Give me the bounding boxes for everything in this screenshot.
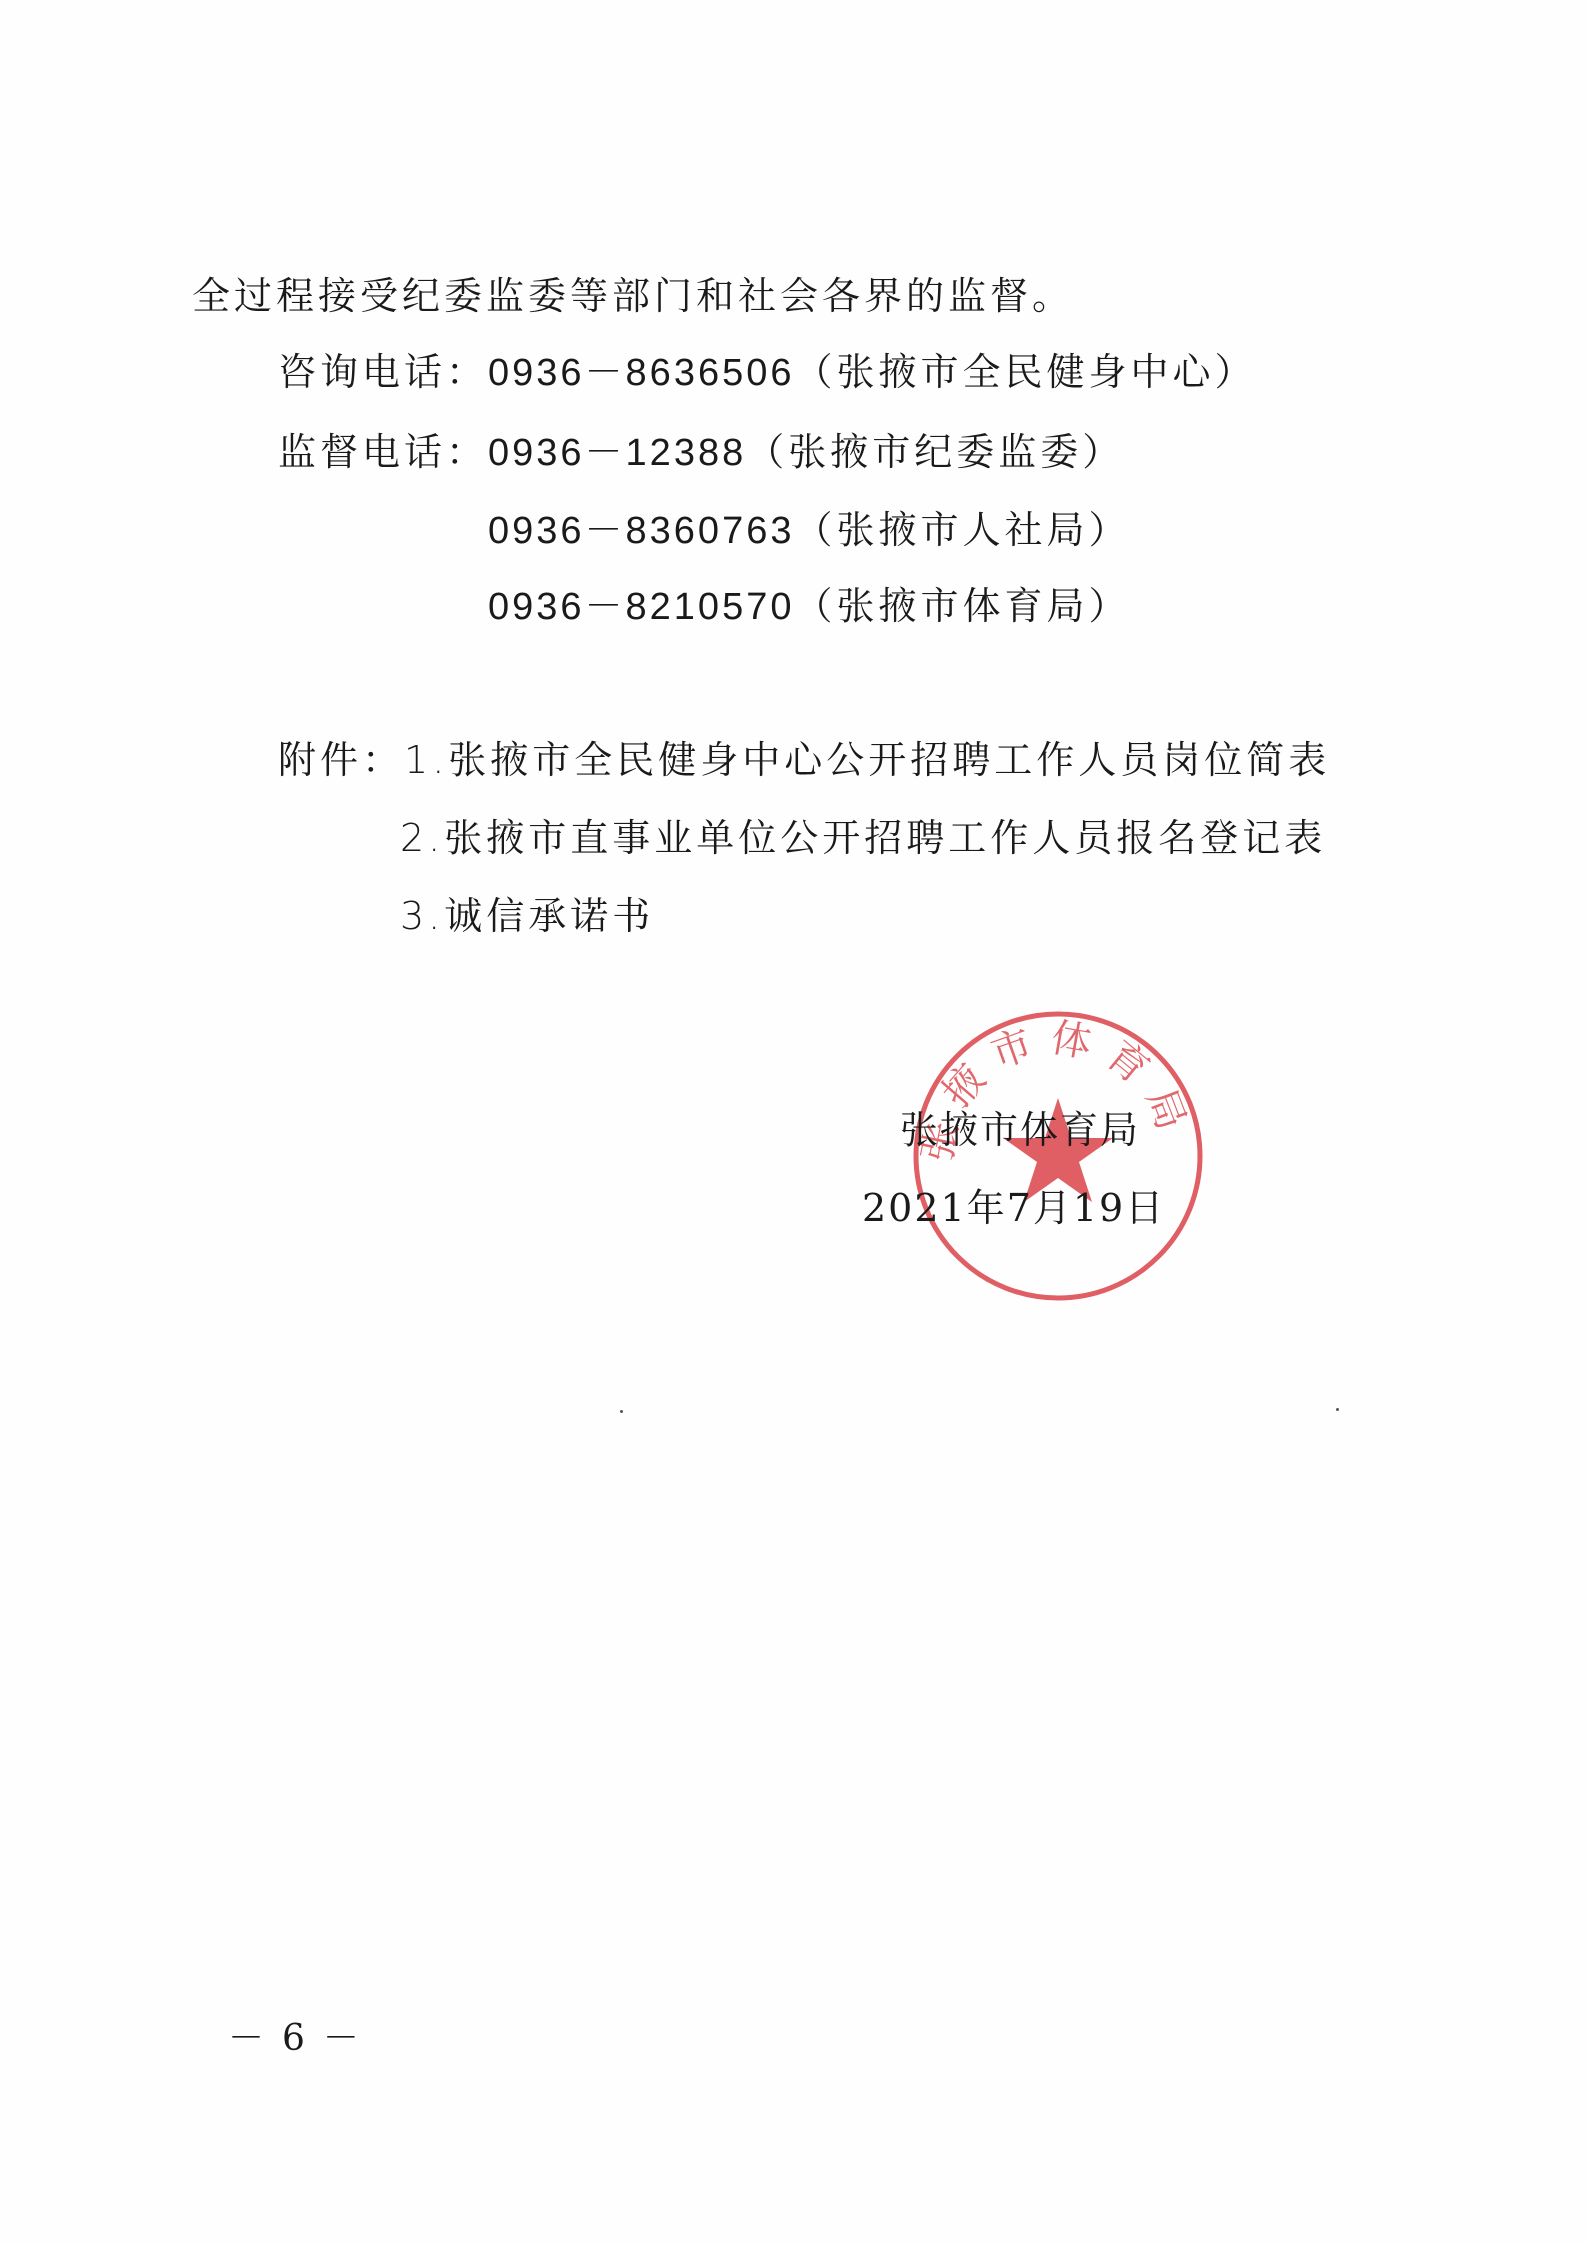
supervise-phone-row: 监督电话：0936－12388（张掖市纪委监委） xyxy=(278,428,1124,477)
consult-phone-org: （张掖市全民健身中心） xyxy=(795,350,1257,394)
supervise-phone-row: 0936－8210570（张掖市体育局） xyxy=(488,582,1131,631)
page-number: －6－ xyxy=(228,2010,377,2061)
supervise-phone-number: 0936－12388 xyxy=(488,432,746,474)
attachments-row: 附件：1.张掖市全民健身中心公开招聘工作人员岗位简表 xyxy=(278,736,1330,784)
consult-phone-label: 咨询电话： xyxy=(278,350,488,394)
consult-phone-row: 咨询电话：0936－8636506（张掖市全民健身中心） xyxy=(278,348,1257,397)
supervise-phone-label: 监督电话： xyxy=(278,430,488,474)
continuation-text: 全过程接受纪委监委等部门和社会各界的监督。 xyxy=(192,272,1074,320)
attachments-label: 附件： xyxy=(278,738,404,782)
official-seal-icon: 张掖市体育局 xyxy=(908,1006,1208,1306)
scan-speck xyxy=(620,1410,623,1413)
document-page: 全过程接受纪委监委等部门和社会各界的监督。 咨询电话：0936－8636506（… xyxy=(0,0,1586,2242)
attachment-item: 2.张掖市直事业单位公开招聘工作人员报名登记表 xyxy=(400,814,1326,862)
supervise-phone-number: 0936－8210570 xyxy=(488,586,794,628)
consult-phone-number: 0936－8636506 xyxy=(488,352,794,394)
attachment-item: 3.诚信承诺书 xyxy=(400,892,654,940)
supervise-phone-org: （张掖市纪委监委） xyxy=(746,430,1124,474)
signature-date: 2021年7月19日 xyxy=(862,1184,1165,1232)
supervise-phone-org: （张掖市人社局） xyxy=(794,508,1130,552)
scan-speck xyxy=(1336,1408,1339,1411)
supervise-phone-number: 0936－8360763 xyxy=(488,510,794,552)
supervise-phone-row: 0936－8360763（张掖市人社局） xyxy=(488,506,1131,555)
supervise-phone-org: （张掖市体育局） xyxy=(794,584,1130,628)
signature-organization: 张掖市体育局 xyxy=(900,1106,1140,1154)
attachment-item: 1.张掖市全民健身中心公开招聘工作人员岗位简表 xyxy=(404,738,1330,782)
